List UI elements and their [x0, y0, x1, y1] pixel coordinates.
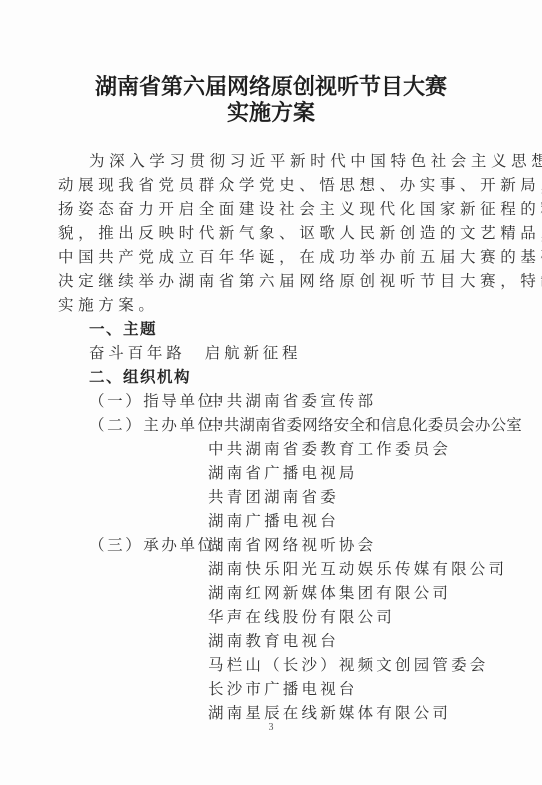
intro-line: 实施方案。: [58, 293, 468, 317]
intro-line: 中国共产党成立百年华诞，在成功举办前五届大赛的基础上，: [58, 245, 468, 269]
page-number: 3: [0, 722, 542, 733]
org-unit: 湖南省网络视听协会: [208, 533, 376, 557]
document-title-line-2: 实施方案: [0, 100, 542, 126]
intro-line: 貌，推出反映时代新气象、讴歌人民新创造的文艺精品，献礼: [58, 221, 468, 245]
section-heading-organization: 二、组织机构: [89, 365, 191, 389]
org-unit: 马栏山（长沙）视频文创园管委会: [208, 653, 489, 677]
intro-line: 扬姿态奋力开启全面建设社会主义现代化国家新征程的精神风: [58, 197, 468, 221]
org-unit: 湖南广播电视台: [208, 509, 339, 533]
theme-content: 奋斗百年路 启航新征程: [89, 341, 301, 365]
intro-paragraph: 为深入学习贯彻习近平新时代中国特色社会主义思想，生 动展现我省党员群众学党史、悟…: [58, 149, 468, 317]
org-unit: 长沙市广播电视台: [208, 677, 358, 701]
section-heading-theme: 一、主题: [89, 317, 157, 341]
org-unit: 中共湖南省委网络安全和信息化委员会办公室: [208, 413, 522, 437]
org-unit: 湖南省广播电视局: [208, 461, 358, 485]
org-unit: 华声在线股份有限公司: [208, 605, 395, 629]
org-unit: 湖南快乐阳光互动娱乐传媒有限公司: [208, 557, 507, 581]
intro-line: 为深入学习贯彻习近平新时代中国特色社会主义思想，生: [58, 149, 468, 173]
document-title-line-1: 湖南省第六届网络原创视听节目大赛: [0, 74, 542, 100]
document-page: 湖南省第六届网络原创视听节目大赛 实施方案 为深入学习贯彻习近平新时代中国特色社…: [0, 0, 542, 785]
org-unit: 湖南教育电视台: [208, 629, 339, 653]
intro-line: 决定继续举办湖南省第六届网络原创视听节目大赛，特制定本: [58, 269, 468, 293]
org-unit: 中共湖南省委宣传部: [208, 389, 376, 413]
org-unit: 共青团湖南省委: [208, 485, 339, 509]
org-unit: 湖南红网新媒体集团有限公司: [208, 581, 451, 605]
intro-line: 动展现我省党员群众学党史、悟思想、办实事、开新局，以昂: [58, 173, 468, 197]
org-unit: 中共湖南省委教育工作委员会: [208, 437, 451, 461]
